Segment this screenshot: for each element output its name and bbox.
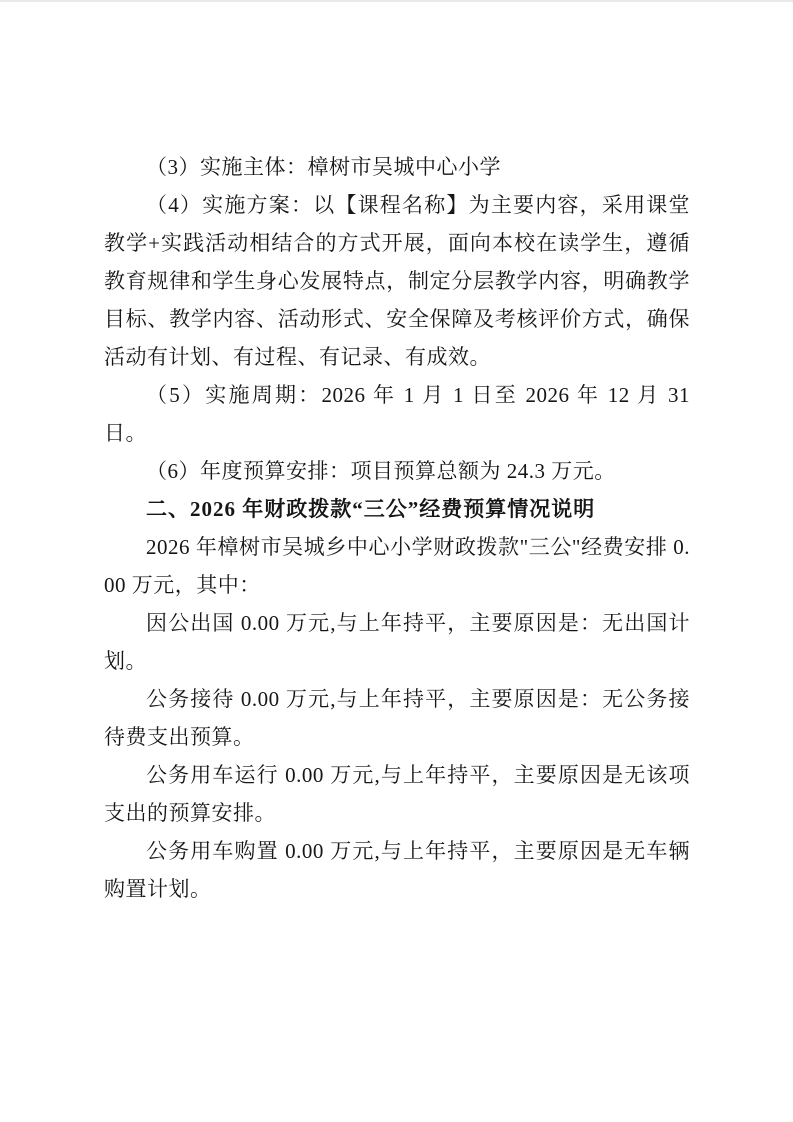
document-page: （3）实施主体：樟树市吴城中心小学 （4）实施方案：以【课程名称】为主要内容，采… [0, 0, 793, 1122]
para-implementation-subject: （3）实施主体：樟树市吴城中心小学 [104, 148, 690, 186]
para-overseas-trips: 因公出国 0.00 万元,与上年持平，主要原因是：无出国计划。 [104, 604, 690, 680]
para-official-reception: 公务接待 0.00 万元,与上年持平，主要原因是：无公务接待费支出预算。 [104, 680, 690, 756]
para-implementation-plan: （4）实施方案：以【课程名称】为主要内容，采用课堂教学+实践活动相结合的方式开展… [104, 186, 690, 376]
document-body: （3）实施主体：樟树市吴城中心小学 （4）实施方案：以【课程名称】为主要内容，采… [104, 148, 690, 908]
para-implementation-period: （5）实施周期：2026 年 1 月 1 日至 2026 年 12 月 31 日… [104, 376, 690, 452]
para-annual-budget: （6）年度预算安排：项目预算总额为 24.3 万元。 [104, 452, 690, 490]
para-three-public-overview: 2026 年樟树市吴城乡中心小学财政拨款"三公"经费安排 0.00 万元，其中： [104, 528, 690, 604]
para-vehicle-operation: 公务用车运行 0.00 万元,与上年持平，主要原因是无该项支出的预算安排。 [104, 756, 690, 832]
para-vehicle-purchase: 公务用车购置 0.00 万元,与上年持平，主要原因是无车辆购置计划。 [104, 832, 690, 908]
section-two-heading: 二、2026 年财政拨款“三公”经费预算情况说明 [104, 490, 690, 528]
